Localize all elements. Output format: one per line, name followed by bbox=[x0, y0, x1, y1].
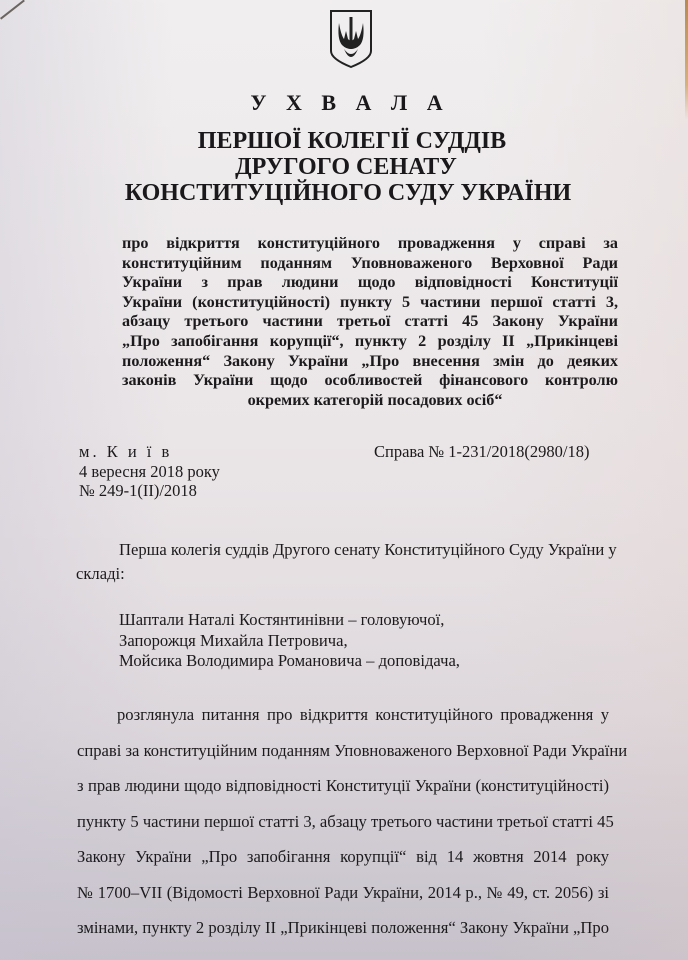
subject-line: положення“ Закону України „Про внесення … bbox=[122, 352, 618, 372]
composition-intro-line: складі: bbox=[76, 562, 616, 586]
body-paragraph: розглянула питання про відкриття констит… bbox=[77, 697, 609, 946]
subject-block: про відкриття конституційного провадженн… bbox=[122, 234, 618, 410]
subject-line: законів України щодо особливостей фінанс… bbox=[122, 371, 618, 391]
body-line: пункту 5 частини першої статті 3, абзацу… bbox=[77, 804, 609, 840]
body-line: змінами, пункту 2 розділу ІІ „Прикінцеві… bbox=[77, 910, 609, 946]
body-line: справі за конституційним поданням Уповно… bbox=[77, 733, 609, 769]
judges-list: Шаптали Наталі Костянтинівни – головуючо… bbox=[119, 610, 460, 672]
paper-corner-edge bbox=[0, 0, 25, 20]
city: м. К и ї в bbox=[79, 442, 220, 462]
heading-line-3: КОНСТИТУЦІЙНОГО СУДУ УКРАЇНИ bbox=[4, 180, 688, 207]
subject-line: про відкриття конституційного провадженн… bbox=[122, 234, 618, 254]
judge-item: Шаптали Наталі Костянтинівни – головуючо… bbox=[119, 610, 460, 631]
document-type-title: У Х В А Л А bbox=[6, 90, 688, 116]
subject-line: „Про запобігання корупції“, пункту 2 роз… bbox=[122, 332, 618, 352]
decision-date: 4 вересня 2018 року bbox=[79, 462, 220, 482]
document-meta-left: м. К и ї в 4 вересня 2018 року № 249-1(І… bbox=[79, 442, 220, 501]
judge-item: Запорожця Михайла Петровича, bbox=[119, 631, 460, 652]
document-page: У Х В А Л А ПЕРШОЇ КОЛЕГІЇ СУДДІВ ДРУГОГ… bbox=[0, 0, 688, 960]
subject-line: України з прав людини щодо відповідності… bbox=[122, 273, 618, 293]
body-line: з прав людини щодо відповідності Констит… bbox=[77, 768, 609, 804]
case-number: Справа № 1-231/2018(2980/18) bbox=[374, 442, 589, 462]
decision-number: № 249-1(ІІ)/2018 bbox=[79, 481, 220, 501]
body-line: Закону України „Про запобігання корупції… bbox=[77, 839, 609, 875]
subject-line: абзацу третього частини третьої статті 4… bbox=[122, 312, 618, 332]
heading-line-2: ДРУГОГО СЕНАТУ bbox=[2, 154, 688, 181]
judge-item: Мойсика Володимира Романовича – доповіда… bbox=[119, 651, 460, 672]
composition-intro: Перша колегія суддів Другого сенату Конс… bbox=[76, 538, 616, 586]
subject-line: України (конституційності) пункту 5 част… bbox=[122, 293, 618, 313]
subject-line: конституційним поданням Уповноваженого В… bbox=[122, 254, 618, 274]
body-line: розглянула питання про відкриття констит… bbox=[77, 697, 609, 733]
composition-intro-line: Перша колегія суддів Другого сенату Конс… bbox=[76, 538, 616, 562]
coat-of-arms-icon bbox=[328, 9, 374, 69]
subject-line: окремих категорій посадових осіб“ bbox=[122, 391, 618, 411]
heading-line-1: ПЕРШОЇ КОЛЕГІЇ СУДДІВ bbox=[8, 128, 688, 155]
body-line: № 1700–VII (Відомості Верховної Ради Укр… bbox=[77, 875, 609, 911]
